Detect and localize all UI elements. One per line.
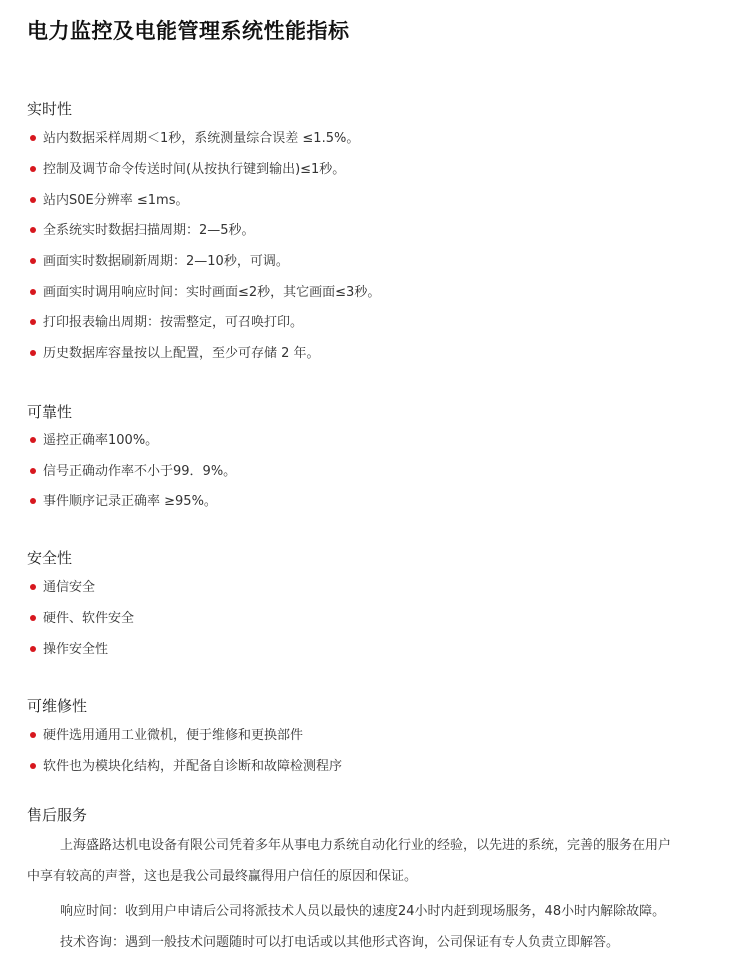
service-tech-consult: 技术咨询：遇到一般技术问题随时可以打电话或以其他形式咨询，公司保证有专人负责立即… [60, 933, 619, 953]
section-heading-reliability: 可靠性 [27, 401, 72, 422]
list-item: 历史数据库容量按以上配置，至少可存储 2 年。 [30, 344, 320, 364]
bullet-icon [30, 135, 36, 141]
bullet-icon [30, 615, 36, 621]
list-item: 硬件选用通用工业微机，便于维修和更换部件 [30, 726, 303, 746]
bullet-icon [30, 498, 36, 504]
service-intro-line1: 上海盛路达机电设备有限公司凭着多年从事电力系统自动化行业的经验，以先进的系统，完… [60, 836, 671, 856]
service-intro-line2: 中享有较高的声誉，这也是我公司最终赢得用户信任的原因和保证。 [27, 867, 417, 887]
list-item: 全系统实时数据扫描周期：2—5秒。 [30, 221, 255, 241]
list-item: 事件顺序记录正确率 ≥95%。 [30, 492, 217, 512]
section-heading-after-sales: 售后服务 [27, 804, 87, 825]
bullet-icon [30, 468, 36, 474]
list-item: 站内数据采样周期＜1秒，系统测量综合误差 ≤1.5%。 [30, 129, 359, 149]
list-item: 信号正确动作率不小于99．9%。 [30, 462, 236, 482]
bullet-icon [30, 197, 36, 203]
list-item: 通信安全 [30, 578, 95, 598]
list-item: 软件也为模块化结构，并配备自诊断和故障检测程序 [30, 757, 342, 777]
section-heading-maintainability: 可维修性 [27, 695, 87, 716]
list-item: 打印报表输出周期：按需整定，可召唤打印。 [30, 313, 303, 333]
bullet-icon [30, 319, 36, 325]
list-item: 站内S0E分辨率 ≤1ms。 [30, 191, 188, 211]
bullet-icon [30, 350, 36, 356]
list-item: 操作安全性 [30, 640, 108, 660]
bullet-icon [30, 289, 36, 295]
bullet-icon [30, 646, 36, 652]
list-item: 画面实时调用响应时间：实时画面≤2秒，其它画面≤3秒。 [30, 283, 380, 303]
list-item: 硬件、软件安全 [30, 609, 134, 629]
list-item: 遥控正确率100%。 [30, 431, 158, 451]
bullet-icon [30, 166, 36, 172]
bullet-icon [30, 227, 36, 233]
section-heading-security: 安全性 [27, 547, 72, 568]
list-item: 控制及调节命令传送时间(从按执行键到输出)≤1秒。 [30, 160, 345, 180]
page-title: 电力监控及电能管理系统性能指标 [27, 15, 350, 45]
bullet-icon [30, 763, 36, 769]
service-response-time: 响应时间：收到用户申请后公司将派技术人员以最快的速度24小时内赶到现场服务，48… [60, 902, 665, 922]
bullet-icon [30, 732, 36, 738]
bullet-icon [30, 584, 36, 590]
bullet-icon [30, 258, 36, 264]
bullet-icon [30, 437, 36, 443]
list-item: 画面实时数据刷新周期：2—10秒，可调。 [30, 252, 289, 272]
section-heading-realtime: 实时性 [27, 98, 72, 119]
